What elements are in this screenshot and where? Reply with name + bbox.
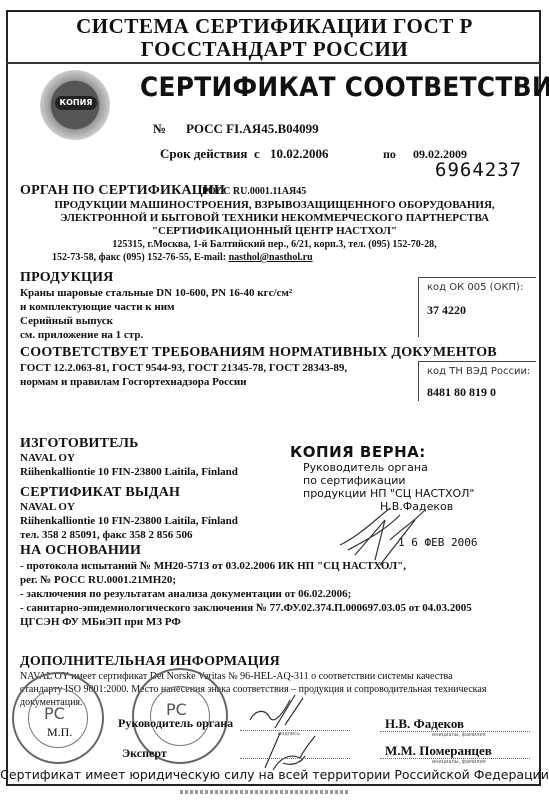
- email-link[interactable]: nasthol@nasthol.ru: [229, 252, 313, 263]
- conformity-heading: СООТВЕТСТВУЕТ ТРЕБОВАНИЯМ НОРМАТИВНЫХ ДО…: [20, 345, 497, 361]
- system-title-line2: ГОССТАНДАРТ РОССИИ: [0, 37, 549, 62]
- certification-body-reg: РОСС RU.0001.11АЯ45: [202, 186, 306, 197]
- conformity-line: нормам и правилам Госгортехнадзора Росси…: [20, 376, 247, 388]
- footer-legal-text: Сертификат имеет юридическую силу на все…: [0, 767, 549, 782]
- certification-body-line: ЭЛЕКТРОННОЙ И БЫТОВОЙ ТЕХНИКИ НЕКОММЕРЧЕ…: [0, 212, 549, 224]
- copy-certified-line: Руководитель органа: [303, 461, 428, 474]
- certificate-number: РОСС FI.АЯ45.В04099: [186, 121, 319, 137]
- seal-label: М.П.: [47, 725, 72, 740]
- validity-from: 10.02.2006: [270, 146, 329, 162]
- manufacturer-address: Riihenkalliontie 10 FIN-23800 Laitila, F…: [20, 466, 238, 478]
- basis-line: - заключения по результатам анализа доку…: [20, 588, 351, 600]
- copy-certified-line: продукции НП "СЦ НАСТХОЛ": [303, 487, 474, 500]
- stamp-date: 1 6 ФЕВ 2006: [398, 536, 477, 549]
- conformity-line: ГОСТ 12.2.063-81, ГОСТ 9544-93, ГОСТ 213…: [20, 362, 347, 374]
- product-line: см. приложение на 1 стр.: [20, 329, 143, 341]
- basis-line: ЦГСЭН ФУ МБиЭП при МЗ РФ: [20, 616, 181, 628]
- name-hint: инициалы, фамилия: [432, 759, 486, 765]
- certification-body-address: 125315, г.Москва, 1-й Балтийский пер., 6…: [0, 239, 549, 250]
- header-divider: [6, 62, 541, 64]
- certification-body-line: "СЕРТИФИКАЦИОННЫЙ ЦЕНТР НАСТХОЛ": [0, 225, 549, 237]
- issued-to-address: Riihenkalliontie 10 FIN-23800 Laitila, F…: [20, 515, 238, 527]
- serial-number: 6964237: [435, 159, 522, 181]
- tnved-label: код ТН ВЭД России:: [427, 366, 536, 377]
- number-label: №: [153, 121, 166, 137]
- scan-artifact: [180, 790, 350, 794]
- manufacturer-name: NAVAL OY: [20, 452, 75, 464]
- okp-label: код ОК 005 (ОКП):: [427, 282, 536, 293]
- okp-code-box: код ОК 005 (ОКП): 37 4220: [418, 277, 536, 337]
- certificate-title: СЕРТИФИКАТ СООТВЕТСТВИЯ: [140, 72, 549, 103]
- seal-stamp-icon: РС: [12, 672, 104, 764]
- additional-heading: ДОПОЛНИТЕЛЬНАЯ ИНФОРМАЦИЯ: [20, 654, 280, 670]
- product-heading: ПРОДУКЦИЯ: [20, 270, 113, 286]
- head-name: Н.В. Фадеков: [385, 716, 464, 732]
- issued-to-name: NAVAL OY: [20, 501, 75, 513]
- validity-label: Срок действия: [160, 146, 247, 162]
- validity-from-label: с: [254, 146, 260, 162]
- contacts-text: 152-73-58, факс (095) 152-76-55, E-mail:: [52, 252, 229, 263]
- expert-name: М.М. Померанцев: [385, 743, 492, 759]
- tnved-code-box: код ТН ВЭД России: 8481 80 819 0: [418, 361, 536, 401]
- manufacturer-heading: ИЗГОТОВИТЕЛЬ: [20, 436, 139, 452]
- basis-line: рег. № РОСС RU.0001.21МН20;: [20, 574, 176, 586]
- tnved-value: 8481 80 819 0: [427, 385, 536, 400]
- head-label: Руководитель органа: [118, 716, 233, 731]
- okp-value: 37 4220: [427, 303, 536, 318]
- emblem-label: КОПИЯ: [55, 96, 97, 110]
- system-title-line1: СИСТЕМА СЕРТИФИКАЦИИ ГОСТ Р: [0, 14, 549, 39]
- basis-line: - санитарно-эпидемиологического заключен…: [20, 602, 472, 614]
- certification-body-line: ПРОДУКЦИИ МАШИНОСТРОЕНИЯ, ВЗРЫВОЗАЩИЩЕНН…: [0, 199, 549, 211]
- product-line: Серийный выпуск: [20, 315, 113, 327]
- issued-to-phone: тел. 358 2 85091, факс 358 2 856 506: [20, 529, 193, 541]
- product-line: Краны шаровые стальные DN 10-600, PN 16-…: [20, 287, 292, 299]
- basis-heading: НА ОСНОВАНИИ: [20, 543, 141, 559]
- basis-line: - протокола испытаний № МН20-5713 от 03.…: [20, 560, 406, 572]
- expert-label: Эксперт: [122, 746, 167, 761]
- certification-body-contacts: 152-73-58, факс (095) 152-76-55, E-mail:…: [52, 252, 313, 263]
- validity-to-label: по: [383, 147, 396, 162]
- name-hint: инициалы, фамилия: [432, 732, 486, 738]
- copy-certified-line: по сертификации: [303, 474, 406, 487]
- certification-body-heading: ОРГАН ПО СЕРТИФИКАЦИИ: [20, 183, 225, 199]
- issued-to-heading: СЕРТИФИКАТ ВЫДАН: [20, 485, 180, 501]
- product-line: и комплектующие части к ним: [20, 301, 175, 313]
- copy-certified-title: КОПИЯ ВЕРНА:: [290, 443, 426, 461]
